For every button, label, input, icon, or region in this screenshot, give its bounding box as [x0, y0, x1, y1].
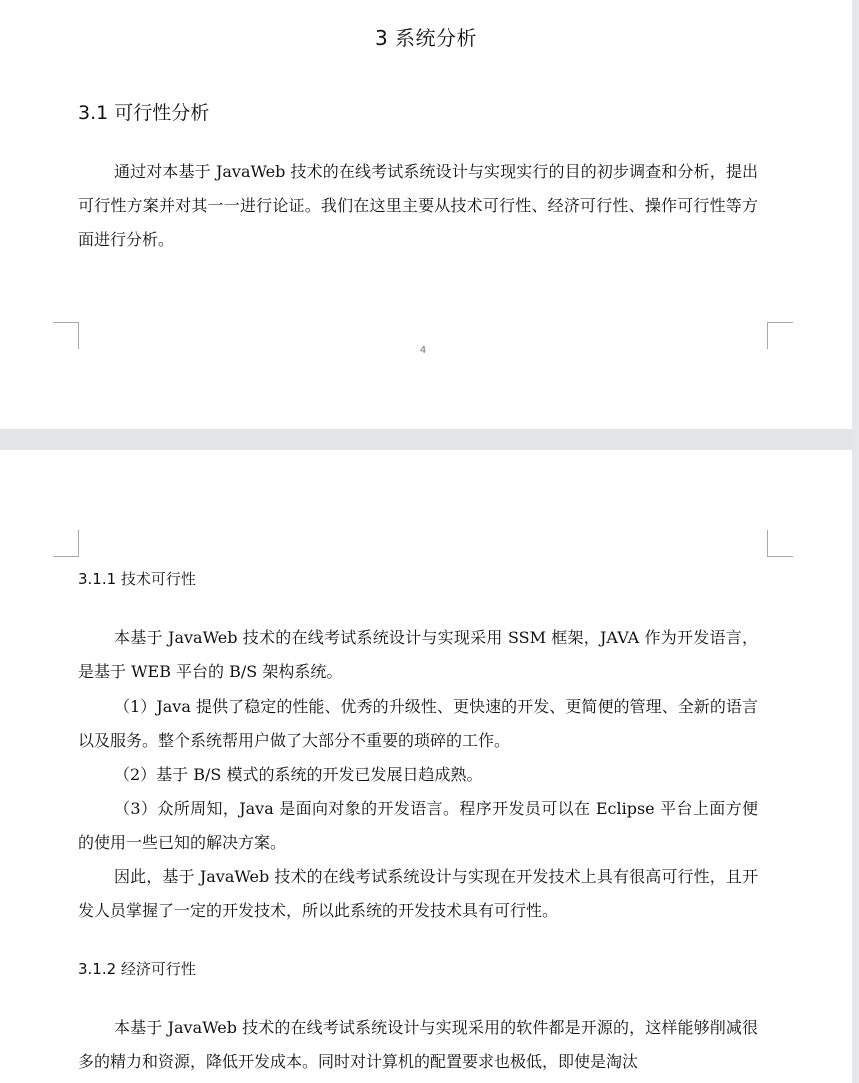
- page-number: 4: [0, 345, 846, 356]
- paragraph: （2）基于 B/S 模式的系统的开发已发展日趋成熟。: [78, 758, 758, 792]
- paragraph: 本基于 JavaWeb 技术的在线考试系统设计与实现采用的软件都是开源的，这样能…: [78, 1011, 758, 1079]
- document-page-1: 3 系统分析 3.1 可行性分析 通过对本基于 JavaWeb 技术的在线考试系…: [0, 0, 852, 429]
- subsection-title-technical: 3.1.1 技术可行性: [78, 568, 196, 589]
- paragraph: 本基于 JavaWeb 技术的在线考试系统设计与实现采用 SSM 框架，JAVA…: [78, 621, 758, 689]
- paragraph: （1）Java 提供了稳定的性能、优秀的升级性、更快速的开发、更简便的管理、全新…: [78, 690, 758, 758]
- section-title: 3.1 可行性分析: [78, 98, 209, 125]
- intro-paragraph: 通过对本基于 JavaWeb 技术的在线考试系统设计与实现实行的目的初步调查和分…: [78, 155, 758, 257]
- margin-corner-top-right: [767, 530, 793, 557]
- paragraph: （3）众所周知，Java 是面向对象的开发语言。程序开发员可以在 Eclipse…: [78, 792, 758, 860]
- paragraph: 因此，基于 JavaWeb 技术的在线考试系统设计与实现在开发技术上具有很高可行…: [78, 860, 758, 928]
- chapter-title: 3 系统分析: [0, 22, 852, 51]
- vertical-scrollbar[interactable]: [852, 0, 859, 1083]
- subsection-title-economic: 3.1.2 经济可行性: [78, 958, 196, 979]
- document-page-2: 3.1.1 技术可行性 本基于 JavaWeb 技术的在线考试系统设计与实现采用…: [0, 450, 852, 1083]
- margin-corner-top-left: [53, 530, 79, 557]
